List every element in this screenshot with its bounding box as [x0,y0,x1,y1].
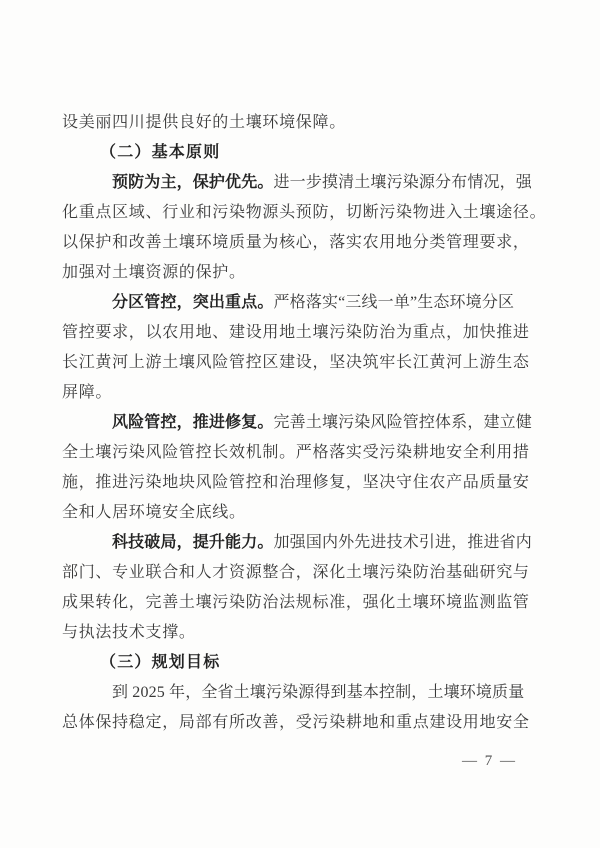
text-line: 分区管控，突出重点。严格落实“三线一单”生态环境分区 [62,288,534,318]
text-line: 与执法技术支撑。 [62,618,534,648]
body-text: 部门、专业联合和人才资源整合，深化土壤污染防治基础研究与 [62,564,530,581]
text-line: 化重点区域、行业和污染物源头预防，切断污染物进入土壤途径。 [62,198,534,228]
emphasis-text: 科技破局，提升能力。 [112,534,274,551]
section-heading: （三）规划目标 [62,648,534,678]
text-line: 总体保持稳定，局部有所改善，受污染耕地和重点建设用地安全 [62,708,534,738]
body-text: 以保护和改善土壤环境质量为核心，落实农用地分类管理要求， [62,234,530,251]
page-number: — 7 — [462,753,517,770]
text-line: 全土壤污染风险管控长效机制。严格落实受污染耕地安全利用措 [62,438,534,468]
body-text: 施，推进污染地块风险管控和治理修复，坚决守住农产品质量安 [62,474,530,491]
text-line: 屏障。 [62,378,534,408]
document-page: 设美丽四川提供良好的土壤环境保障。（二）基本原则预防为主，保护优先。进一步摸清土… [0,0,600,848]
emphasis-text: （三）规划目标 [100,654,220,671]
body-text: 到 2025 年，全省土壤污染源得到基本控制，土壤环境质量 [112,684,524,701]
text-line: 全和人居环境安全底线。 [62,498,534,528]
emphasis-text: 风险管控，推进修复。 [112,414,274,431]
body-text: 化重点区域、行业和污染物源头预防，切断污染物进入土壤途径。 [62,204,546,221]
text-line: 科技破局，提升能力。加强国内外先进技术引进，推进省内 [62,528,534,558]
body-text: 屏障。 [62,384,112,401]
emphasis-text: 预防为主，保护优先。 [112,174,274,191]
body-text: 加强国内外先进技术引进，推进省内 [274,534,532,551]
text-line: 以保护和改善土壤环境质量为核心，落实农用地分类管理要求， [62,228,534,258]
body-text: 长江黄河上游土壤风险管控区建设，坚决筑牢长江黄河上游生态 [62,354,530,371]
emphasis-text: （二）基本原则 [100,144,220,161]
document-body: 设美丽四川提供良好的土壤环境保障。（二）基本原则预防为主，保护优先。进一步摸清土… [62,108,534,738]
body-text: 全和人居环境安全底线。 [62,504,246,521]
body-text: 总体保持稳定，局部有所改善，受污染耕地和重点建设用地安全 [62,714,530,731]
body-text: 成果转化，完善土壤污染防治法规标准，强化土壤环境监测监管 [62,594,530,611]
body-text: 加强对土壤资源的保护。 [62,264,246,281]
body-text: 管控要求，以农用地、建设用地土壤污染防治为重点，加快推进 [62,324,530,341]
body-text: 进一步摸清土壤污染源分布情况，强 [274,174,532,191]
text-line: 部门、专业联合和人才资源整合，深化土壤污染防治基础研究与 [62,558,534,588]
emphasis-text: 分区管控，突出重点。 [112,294,274,311]
section-heading: （二）基本原则 [62,138,534,168]
text-line: 管控要求，以农用地、建设用地土壤污染防治为重点，加快推进 [62,318,534,348]
text-line: 到 2025 年，全省土壤污染源得到基本控制，土壤环境质量 [62,678,534,708]
body-text: 全土壤污染风险管控长效机制。严格落实受污染耕地安全利用措 [62,444,530,461]
text-line: 设美丽四川提供良好的土壤环境保障。 [62,108,534,138]
text-line: 风险管控，推进修复。完善土壤污染风险管控体系，建立健 [62,408,534,438]
text-line: 成果转化，完善土壤污染防治法规标准，强化土壤环境监测监管 [62,588,534,618]
body-text: 设美丽四川提供良好的土壤环境保障。 [62,114,346,131]
text-line: 预防为主，保护优先。进一步摸清土壤污染源分布情况，强 [62,168,534,198]
body-text: 与执法技术支撑。 [62,624,196,641]
body-text: 完善土壤污染风险管控体系，建立健 [274,414,532,431]
text-line: 长江黄河上游土壤风险管控区建设，坚决筑牢长江黄河上游生态 [62,348,534,378]
text-line: 施，推进污染地块风险管控和治理修复，坚决守住农产品质量安 [62,468,534,498]
body-text: 严格落实“三线一单”生态环境分区 [274,294,515,311]
text-line: 加强对土壤资源的保护。 [62,258,534,288]
